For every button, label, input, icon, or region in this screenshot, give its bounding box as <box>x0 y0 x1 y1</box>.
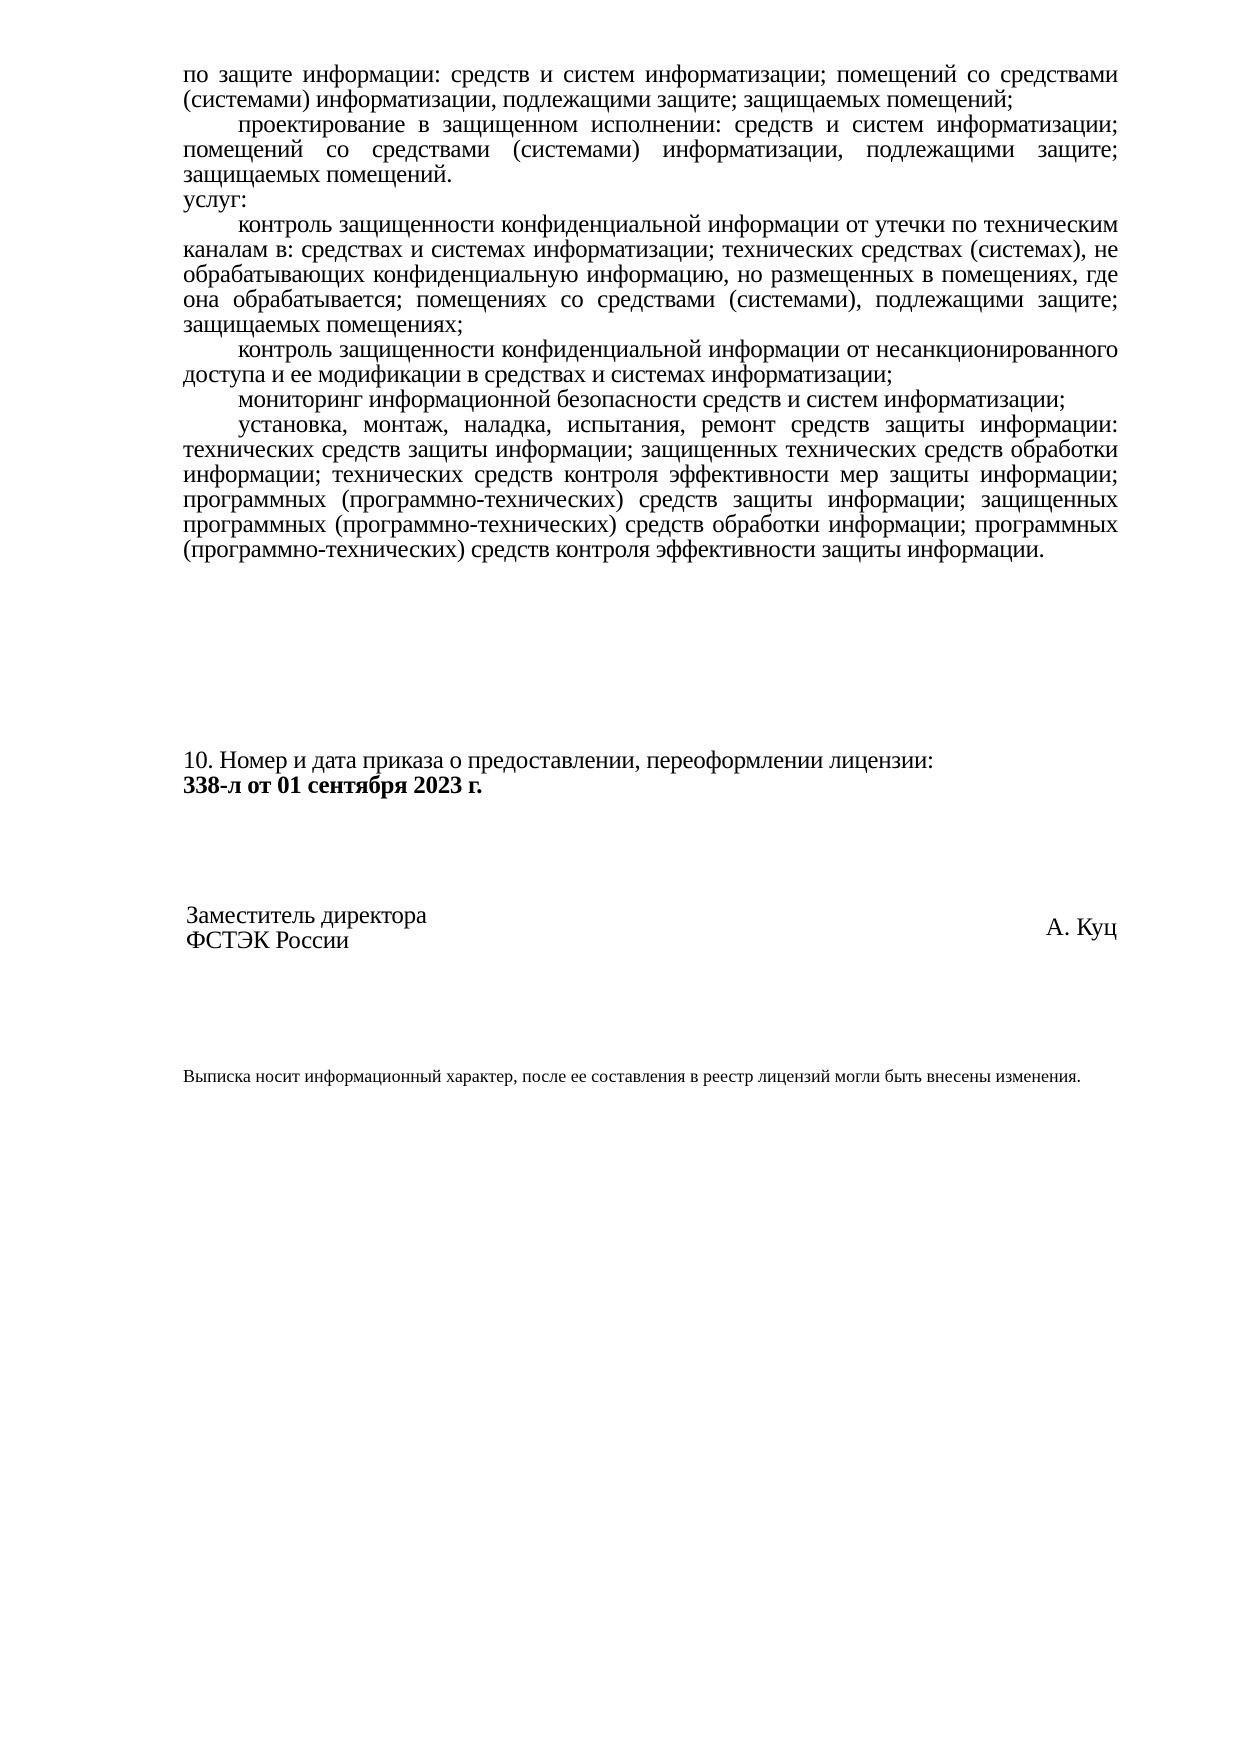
disclaimer-note: Выписка носит информационный характер, п… <box>183 1062 1118 1090</box>
position-line-1: Заместитель директора <box>186 903 427 928</box>
signatory-position: Заместитель директора ФСТЭК России <box>186 903 427 953</box>
paragraph-design: проектирование в защищенном исполнении: … <box>183 112 1118 187</box>
paragraph-leak-control: контроль защищенности конфиденциальной и… <box>183 212 1118 337</box>
position-line-2: ФСТЭК России <box>186 928 427 953</box>
paragraph-protection-means: по защите информации: средств и систем и… <box>183 62 1118 112</box>
paragraph-installation: установка, монтаж, наладка, испытания, р… <box>183 412 1118 562</box>
order-number-date: 338-л от 01 сентября 2023 г. <box>183 773 1118 798</box>
paragraph-services-heading: услуг: <box>183 187 1118 212</box>
paragraph-nsd-control: контроль защищенности конфиденциальной и… <box>183 337 1118 387</box>
section-10: 10. Номер и дата приказа о предоставлени… <box>183 748 1118 798</box>
document-body: по защите информации: средств и систем и… <box>183 62 1118 562</box>
paragraph-monitoring: мониторинг информационной безопасности с… <box>183 387 1118 412</box>
signatory-name: А. Куц <box>1046 915 1117 940</box>
section-10-label: 10. Номер и дата приказа о предоставлени… <box>183 748 1118 773</box>
